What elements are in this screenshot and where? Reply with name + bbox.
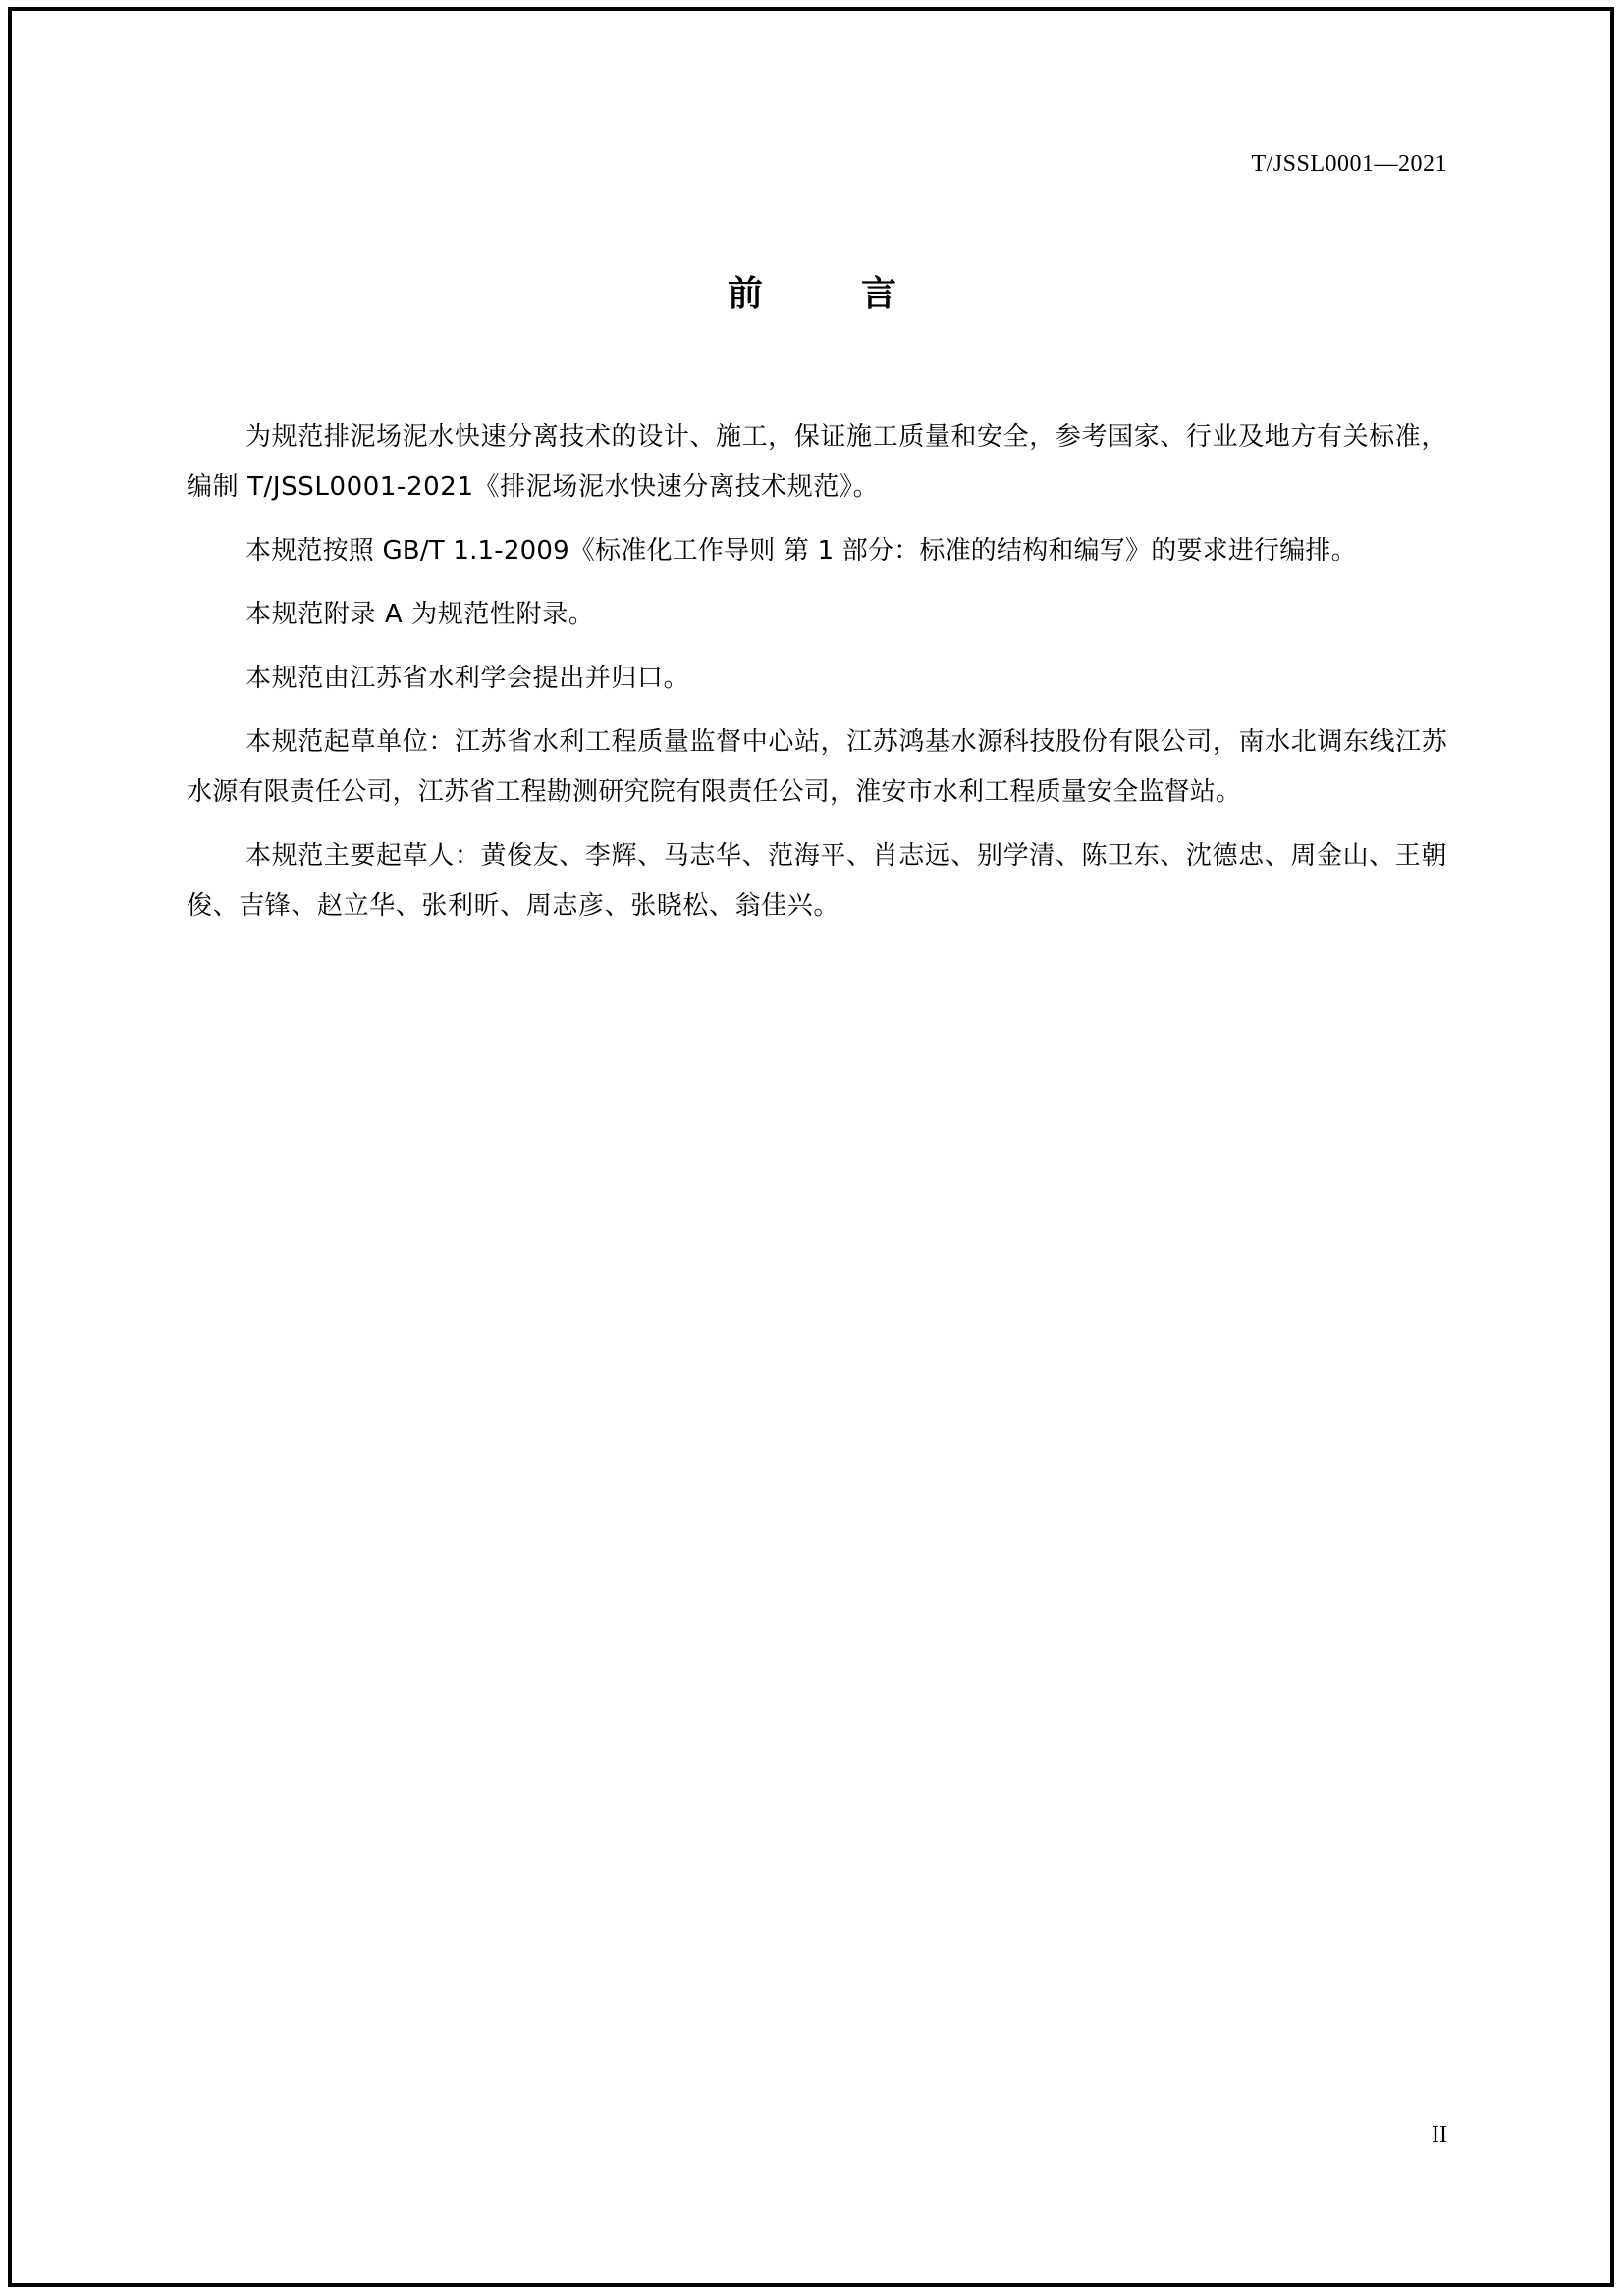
paragraph-drafting-units: 本规范起草单位：江苏省水利工程质量监督中心站，江苏鸿基水源科技股份有限公司，南水…: [187, 718, 1447, 818]
paragraph-purpose: 为规范排泥场泥水快速分离技术的设计、施工，保证施工质量和安全，参考国家、行业及地…: [187, 412, 1447, 512]
paragraph-appendix: 本规范附录 A 为规范性附录。: [187, 590, 1447, 640]
paragraph-proposer: 本规范由江苏省水利学会提出并归口。: [187, 654, 1447, 704]
preface-body: 为规范排泥场泥水快速分离技术的设计、施工，保证施工质量和安全，参考国家、行业及地…: [187, 412, 1447, 945]
page-border: [8, 7, 1614, 2287]
paragraph-drafters: 本规范主要起草人：黄俊友、李辉、马志华、范海平、肖志远、别学清、陈卫东、沈德忠、…: [187, 831, 1447, 932]
paragraph-format-basis: 本规范按照 GB/T 1.1-2009《标准化工作导则 第 1 部分：标准的结构…: [187, 526, 1447, 576]
document-code: T/JSSL0001—2021: [1251, 149, 1447, 179]
title-char-1: 前: [728, 270, 763, 319]
page-number: II: [1432, 2120, 1447, 2150]
page-title: 前言: [0, 270, 1624, 319]
title-char-2: 言: [861, 270, 896, 319]
